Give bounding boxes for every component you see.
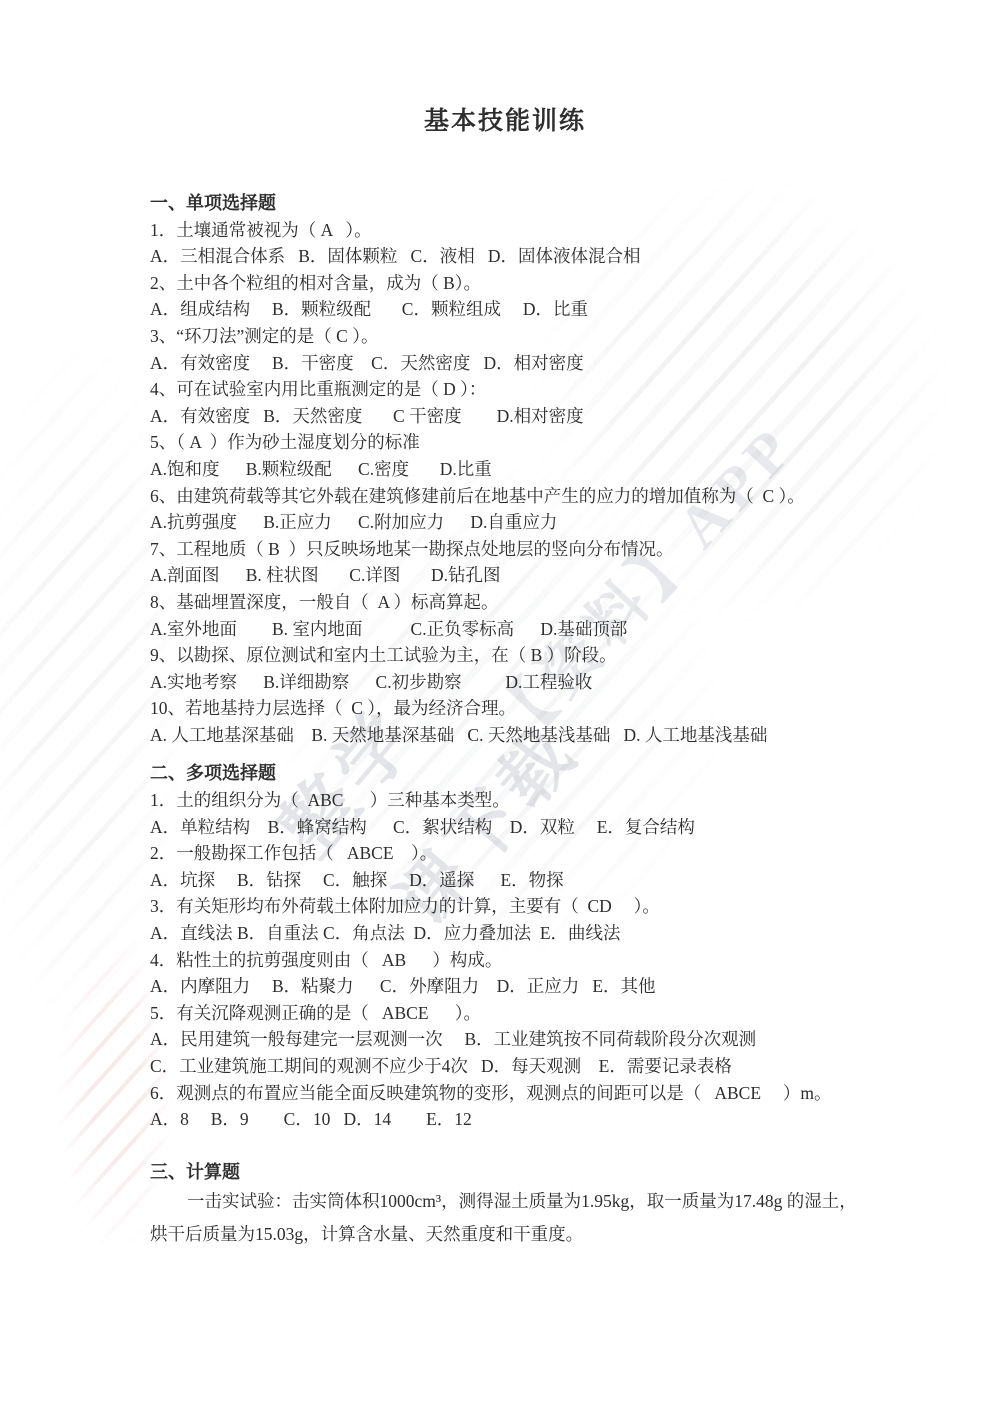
document-content: 基本技能训练 一、单项选择题 1．土壤通常被视为（ A ）。 A．三相混合体系 … [150,108,860,1251]
options-line: A．有效密度 B．天然密度 C 干密度 D.相对密度 [150,403,860,430]
options-line: A.实地考察 B.详细勘察 C.初步勘察 D.工程验收 [150,669,860,696]
question-line: 6．观测点的布置应当能全面反映建筑物的变形，观测点的间距可以是（ ABCE ）m… [150,1080,860,1107]
question-line: 4．粘性土的抗剪强度则由（ AB ）构成。 [150,947,860,974]
question-line: 3、“环刀法”测定的是（ C ）。 [150,323,860,350]
question-line: 4、可在试验室内用比重瓶测定的是（ D ）： [150,376,860,403]
options-line: A．组成结构 B．颗粒级配 C．颗粒组成 D．比重 [150,296,860,323]
calc-problem-line: 烘干后质量为15.03g，计算含水量、天然重度和干重度。 [150,1218,860,1251]
options-line: A. 人工地基深基础 B. 天然地基深基础 C. 天然地基浅基础 D. 人工地基… [150,722,860,749]
options-line: A.剖面图 B. 柱状图 C.详图 D.钻孔图 [150,562,860,589]
options-line: A．民用建筑一般每建完一层观测一次 B．工业建筑按不同荷载阶段分次观测 [150,1026,860,1053]
document-page: 整学 课下载 【资料】APP 基本技能训练 一、单项选择题 1．土壤通常被视为（… [0,0,993,1404]
options-line: A．三相混合体系 B．固体颗粒 C．液相 D．固体液体混合相 [150,243,860,270]
options-line: A．有效密度 B．干密度 C．天然密度 D．相对密度 [150,350,860,377]
question-line: 1．土的组织分为（ ABC ）三种基本类型。 [150,787,860,814]
page-title: 基本技能训练 [150,108,860,136]
options-line: A.饱和度 B.颗粒级配 C.密度 D.比重 [150,456,860,483]
options-line: A．单粒结构 B．蜂窝结构 C．絮状结构 D．双粒 E．复合结构 [150,814,860,841]
question-line: 7、工程地质（ B ）只反映场地某一勘探点处地层的竖向分布情况。 [150,536,860,563]
section-calculation: 三、计算题 一击实试验：击实筒体积1000cm³，测得湿土质量为1.95kg，取… [150,1159,860,1252]
question-line: 9、以勘探、原位测试和室内土工试验为主，在（ B ）阶段。 [150,642,860,669]
question-line: 6、由建筑荷载等其它外载在建筑修建前后在地基中产生的应力的增加值称为（ C ）。 [150,483,860,510]
options-line: A．8 B．9 C．10 D．14 E．12 [150,1106,860,1133]
question-line: 1．土壤通常被视为（ A ）。 [150,217,860,244]
question-line: 10、若地基持力层选择（ C ），最为经济合理。 [150,695,860,722]
section-heading: 二、多项选择题 [150,760,860,787]
question-line: 2、土中各个粒组的相对含量，成为（ B）。 [150,270,860,297]
options-line: A.抗剪强度 B.正应力 C.附加应力 D.自重应力 [150,509,860,536]
question-line: 2．一般勘探工作包括（ ABCE ）。 [150,840,860,867]
section-single-choice: 一、单项选择题 1．土壤通常被视为（ A ）。 A．三相混合体系 B．固体颗粒 … [150,190,860,748]
calc-problem-line: 一击实试验：击实筒体积1000cm³，测得湿土质量为1.95kg，取一质量为17… [150,1185,860,1218]
options-line: C．工业建筑施工期间的观测不应少于4次 D．每天观测 E．需要记录表格 [150,1053,860,1080]
question-line: 5．有关沉降观测正确的是（ ABCE ）。 [150,1000,860,1027]
options-line: A．内摩阻力 B．粘聚力 C．外摩阻力 D．正应力 E．其他 [150,973,860,1000]
options-line: A．坑探 B．钻探 C．触探 D．遥探 E．物探 [150,867,860,894]
section-heading: 三、计算题 [150,1159,860,1186]
section-heading: 一、单项选择题 [150,190,860,217]
section-multi-choice: 二、多项选择题 1．土的组织分为（ ABC ）三种基本类型。 A．单粒结构 B．… [150,760,860,1132]
question-line: 3．有关矩形均布外荷载土体附加应力的计算，主要有（ CD ）。 [150,893,860,920]
question-line: 8、基础埋置深度，一般自（ A ）标高算起。 [150,589,860,616]
question-line: 5、（ A ）作为砂土湿度划分的标准 [150,429,860,456]
options-line: A.室外地面 B. 室内地面 C.正负零标高 D.基础顶部 [150,616,860,643]
options-line: A．直线法 B．自重法 C．角点法 D．应力叠加法 E．曲线法 [150,920,860,947]
